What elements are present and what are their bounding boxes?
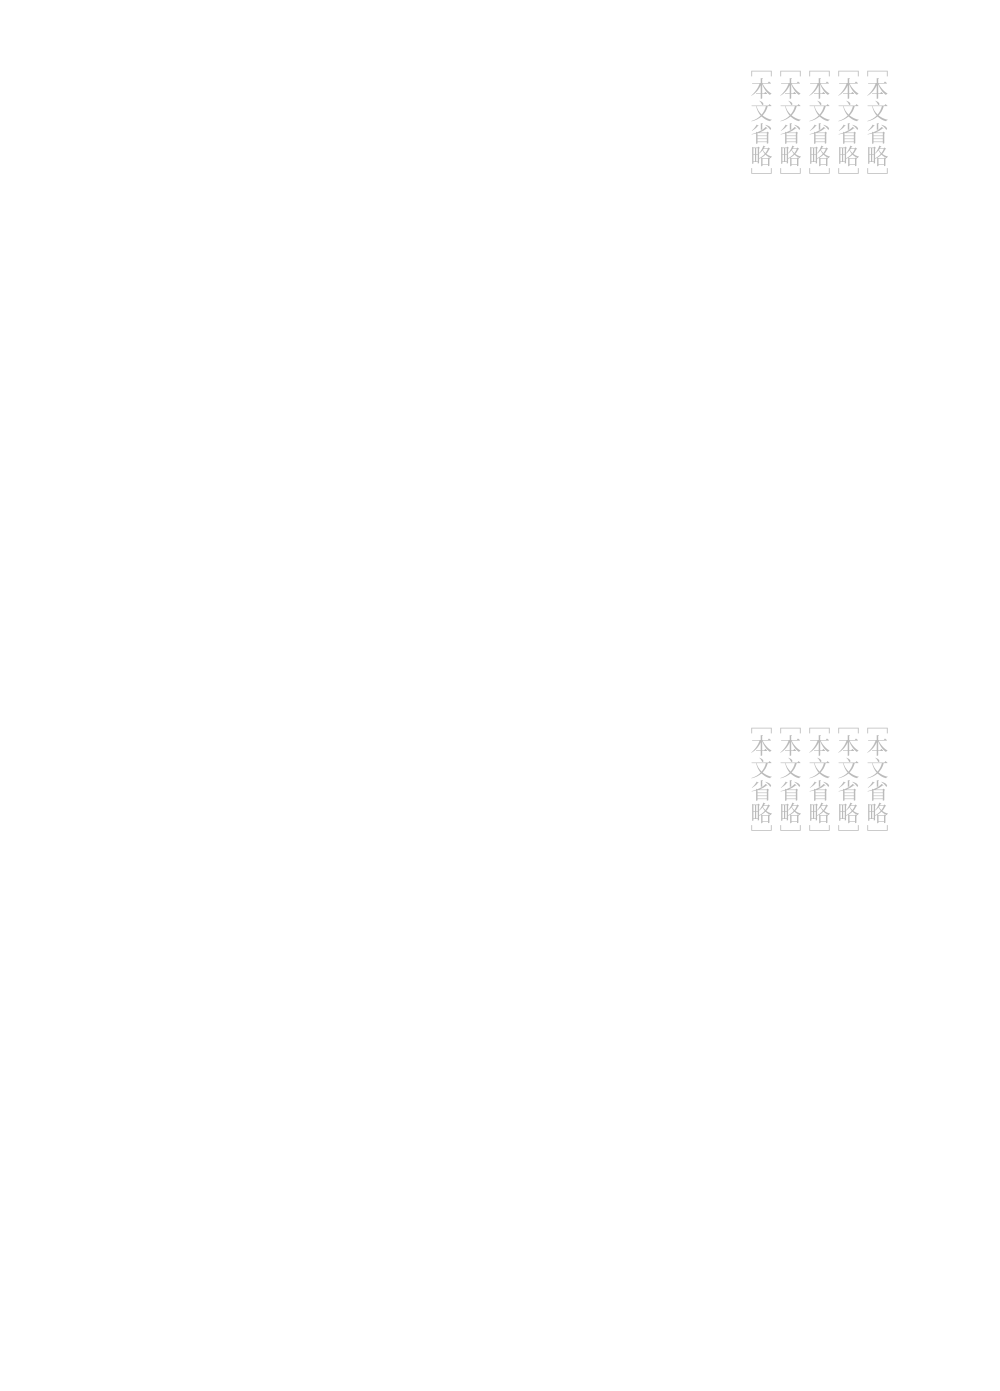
text-column: ［本文省略］: [803, 55, 832, 675]
text-block-top: ［本文省略］ ［本文省略］ ［本文省略］ ［本文省略］ ［本文省略］: [130, 55, 890, 675]
text-column: ［本文省略］: [832, 712, 861, 1312]
text-block-bottom: ［本文省略］ ［本文省略］ ［本文省略］ ［本文省略］ ［本文省略］: [130, 712, 890, 1312]
text-column: ［本文省略］: [803, 712, 832, 1312]
text-column: ［本文省略］: [774, 55, 803, 675]
text-column: ［本文省略］: [745, 712, 774, 1312]
text-column: ［本文省略］: [832, 55, 861, 675]
text-column: ［本文省略］: [861, 712, 890, 1312]
text-column: ［本文省略］: [774, 712, 803, 1312]
text-column: ［本文省略］: [861, 55, 890, 675]
text-column: ［本文省略］: [745, 55, 774, 675]
